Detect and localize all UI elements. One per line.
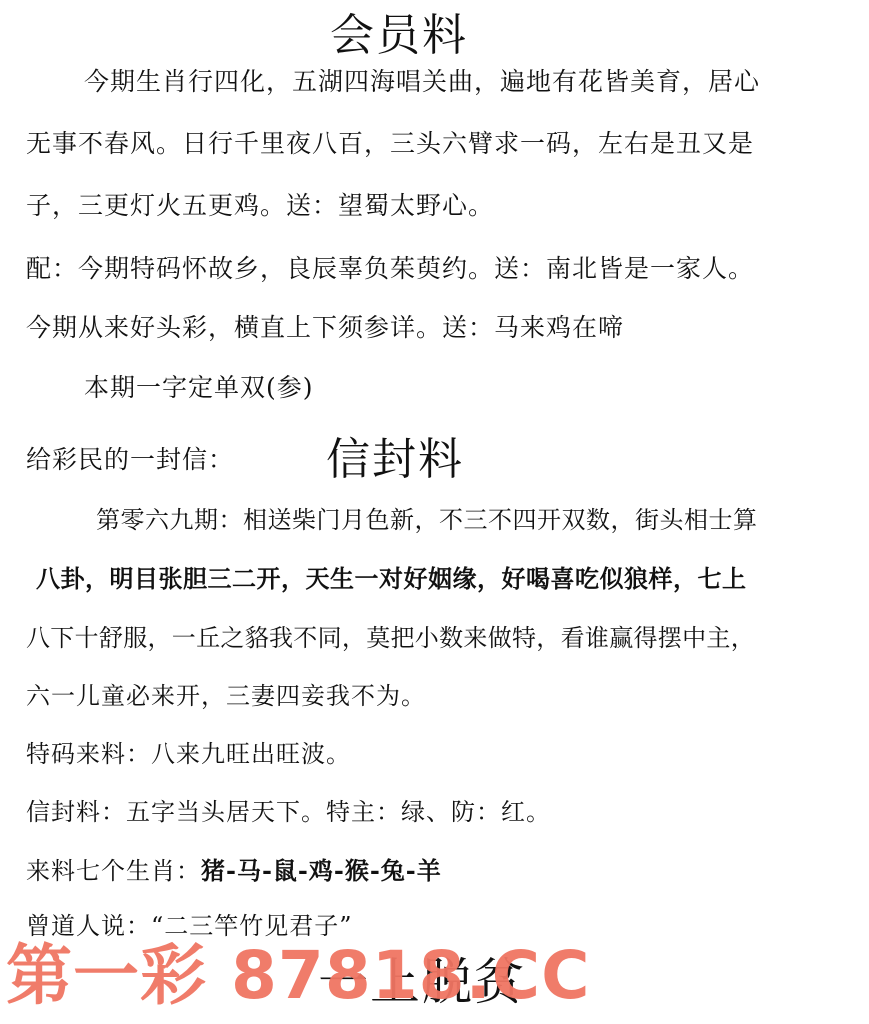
poem-line-5: 今期从来好头彩，横直上下须参详。送：马来鸡在啼: [26, 312, 624, 344]
seven-zodiacs-value: 猪-马-鼠-鸡-猴-兔-羊: [201, 856, 442, 885]
seven-zodiacs-line: 来料七个生肖：猪-马-鼠-鸡-猴-兔-羊: [26, 855, 442, 887]
poem-line-3: 子，三更灯火五更鸡。送：望蜀太野心。: [26, 190, 494, 222]
letter-line-3: 八下十舒服，一丘之貉我不同，莫把小数来做特，看谁赢得摆中主，: [26, 622, 755, 654]
poem-line-4: 配：今期特码怀故乡，良辰辜负茱萸约。送：南北皆是一家人。: [26, 253, 754, 285]
member-section-title: 会员料: [330, 10, 468, 62]
poem-line-1: 今期生肖行四化，五湖四海唱关曲，遍地有花皆美育，居心: [84, 66, 760, 98]
letter-line-1: 第零六九期：相送柴门月色新，不三不四开双数，街头相士算: [96, 504, 758, 536]
letter-intro-label: 给彩民的一封信：: [26, 444, 234, 476]
special-code-line: 特码来料：八来九旺出旺波。: [26, 738, 351, 770]
envelope-material-line: 信封料：五字当头居天下。特主：绿、防：红。: [26, 796, 551, 828]
letter-section-title: 信封料: [326, 434, 464, 486]
letter-line-4: 六一儿童必来开，三妻四妾我不为。: [26, 680, 426, 712]
watermark: 第一彩 87818.CC: [6, 938, 591, 1014]
letter-line-2: 八卦，明目张胆三二开，天生一对好姻缘，好喝喜吃似狼样，七上: [36, 563, 747, 595]
poem-line-2: 无事不春风。日行千里夜八百，三头六臂求一码，左右是丑又是: [26, 128, 754, 160]
seven-zodiacs-label: 来料七个生肖：: [26, 857, 201, 885]
poem-line-6: 本期一字定单双(参): [84, 372, 314, 404]
